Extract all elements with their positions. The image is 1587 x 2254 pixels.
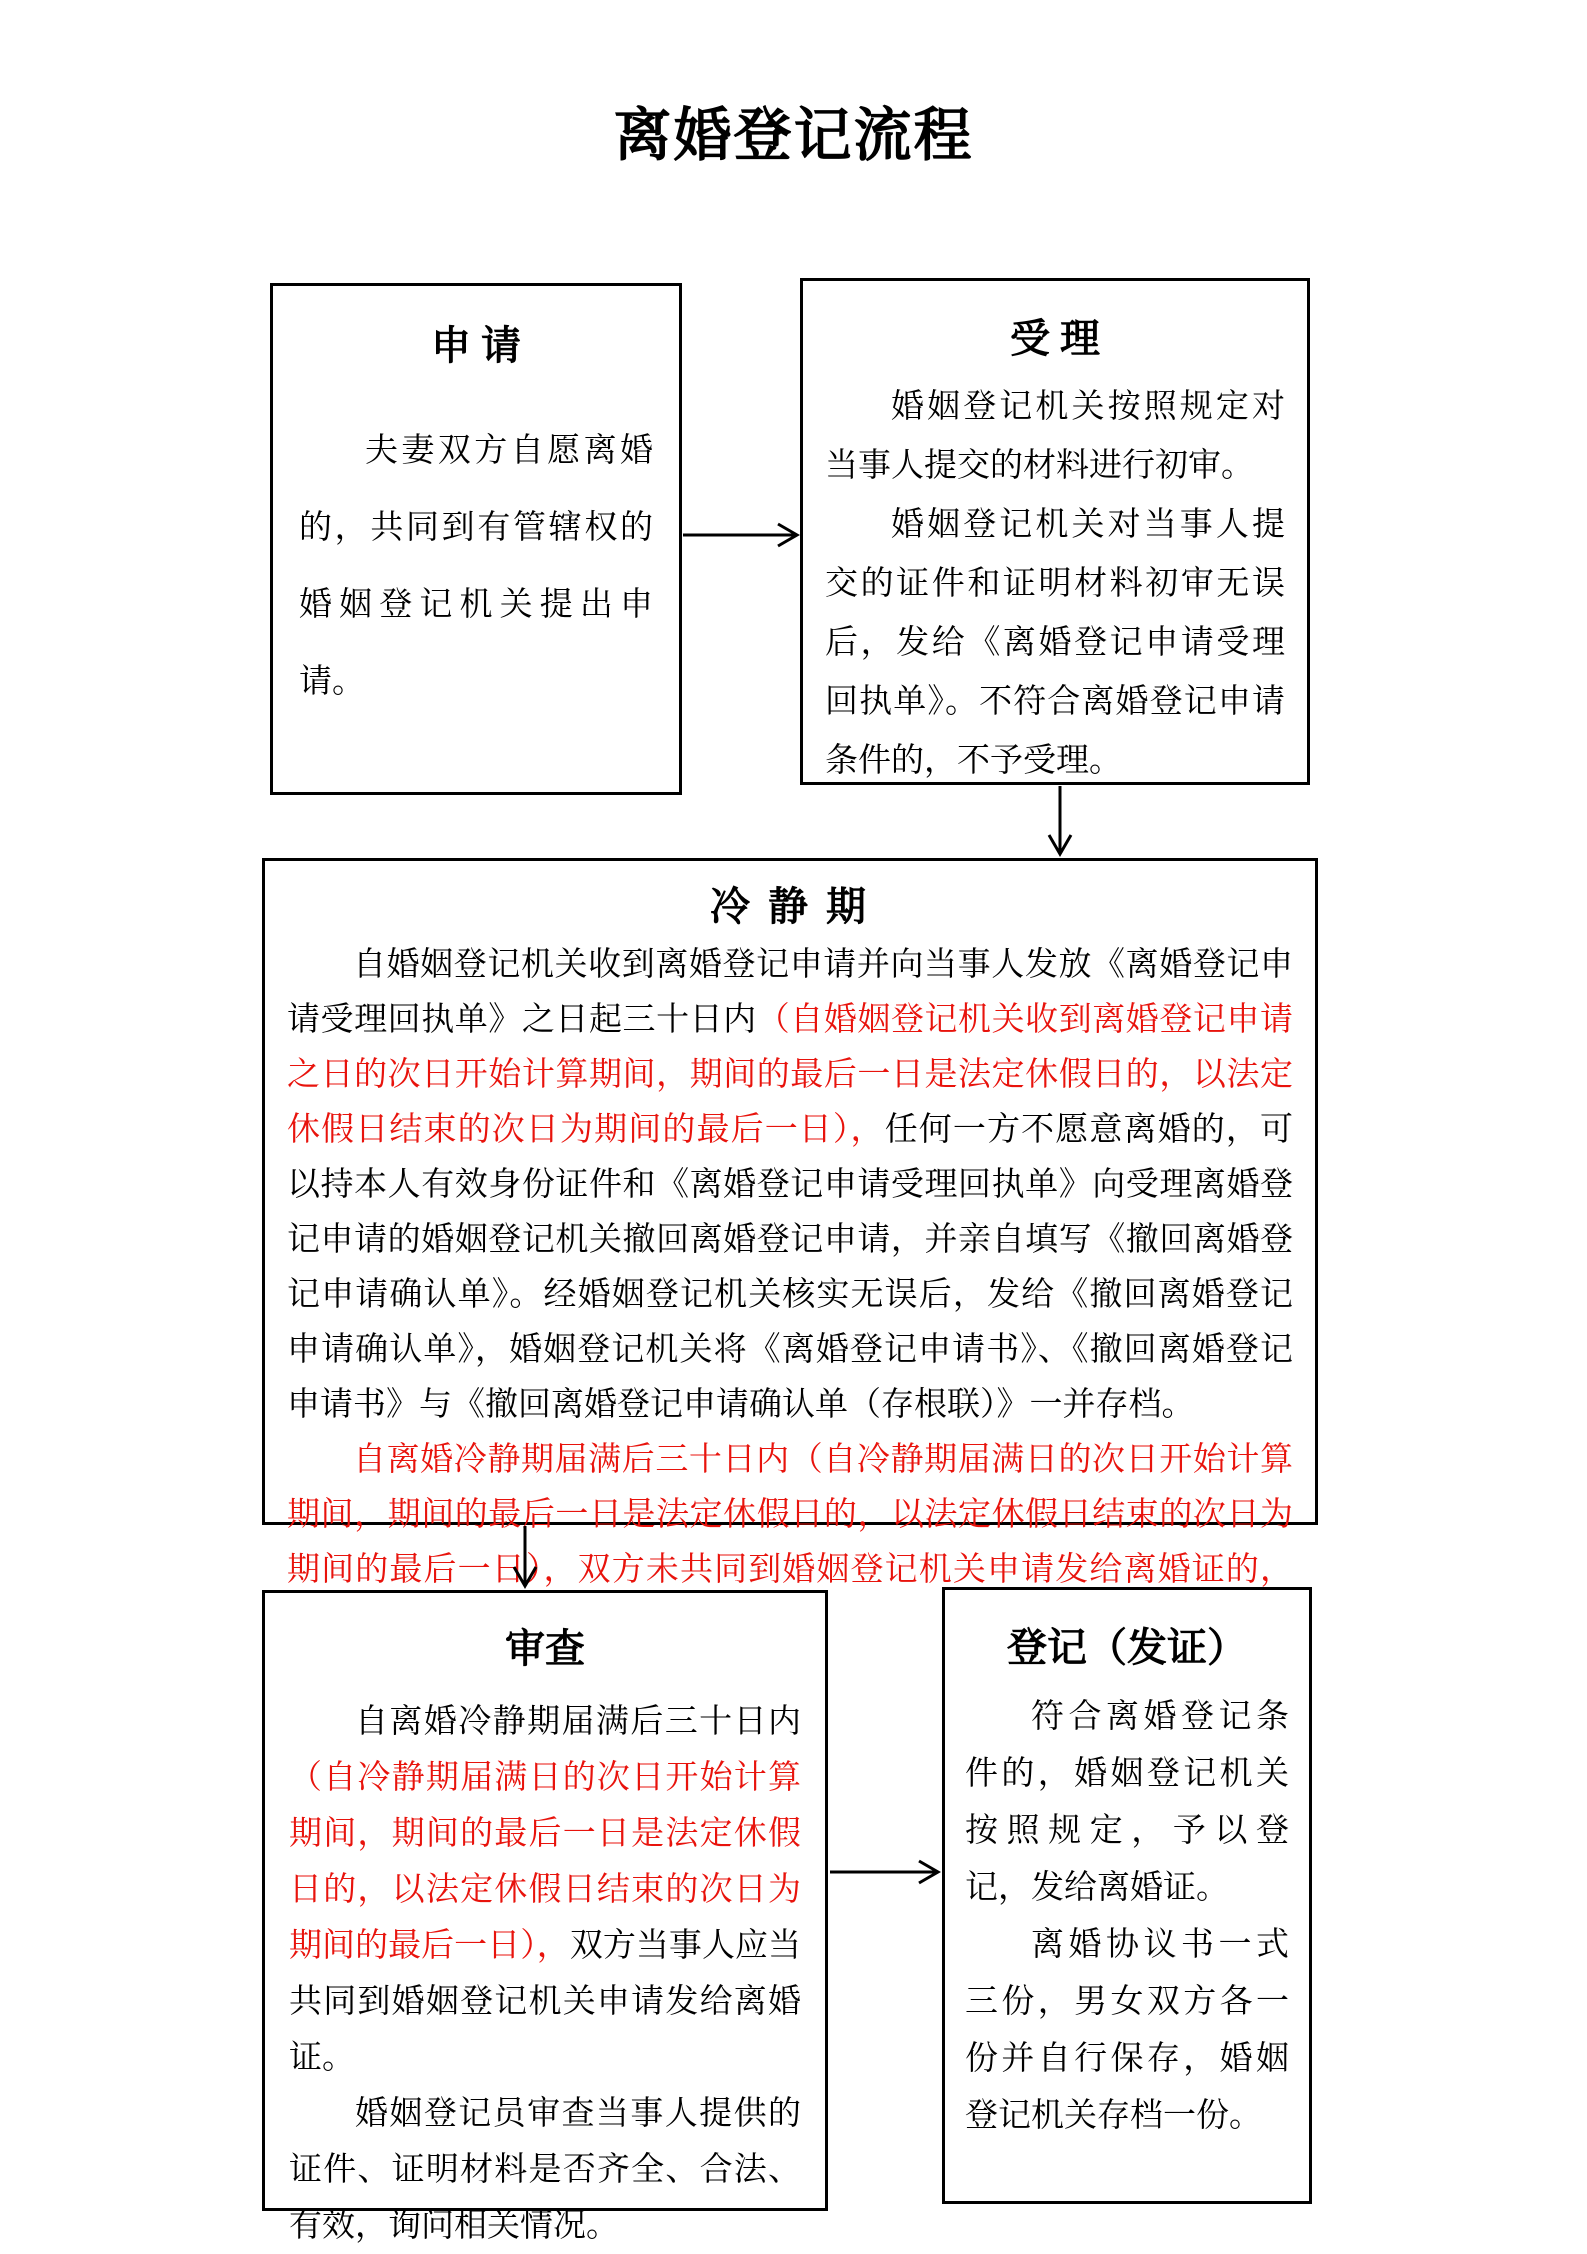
- flow-box-cooling-period-title: 冷 静 期: [265, 861, 1315, 932]
- text-segment: 符合离婚登记条件的，婚姻登记机关按照规定，予以登记，发给离婚证。: [965, 1699, 1289, 1906]
- flow-box-register-certificate-title: 登记（发证）: [945, 1590, 1309, 1673]
- paragraph: 婚姻登记机关按照规定对当事人提交的材料进行初审。: [825, 378, 1285, 496]
- text-segment: 自离婚冷静期届满后三十日内: [355, 1704, 801, 1740]
- text-segment: 任何一方不愿意离婚的，可以持本人有效身份证件和《离婚登记申请受理回执单》向受理离…: [287, 1112, 1293, 1423]
- paragraph: 符合离婚登记条件的，婚姻登记机关按照规定，予以登记，发给离婚证。: [965, 1689, 1289, 1917]
- arrow-right-apply-to-accept: [683, 520, 801, 550]
- paragraph: 夫妻双方自愿离婚的，共同到有管辖权的婚姻登记机关提出申请。: [299, 413, 653, 721]
- paragraph: 自婚姻登记机关收到离婚登记申请并向当事人发放《离婚登记申请受理回执单》之日起三十…: [287, 938, 1293, 1433]
- text-segment: 夫妻双方自愿离婚的，共同到有管辖权的婚姻登记机关提出申请。: [299, 433, 653, 700]
- flow-box-cooling-period-body: 自婚姻登记机关收到离婚登记申请并向当事人发放《离婚登记申请受理回执单》之日起三十…: [265, 932, 1315, 1653]
- text-segment: 婚姻登记机关按照规定对当事人提交的材料进行初审。: [825, 389, 1285, 484]
- paragraph: 婚姻登记员审查当事人提供的证件、证明材料是否齐全、合法、有效，询问相关情况。: [289, 2086, 801, 2254]
- arrow-down-accept-to-cooling: [1040, 786, 1080, 858]
- flow-box-review-body: 自离婚冷静期届满后三十日内（自冷静期届满日的次日开始计算期间，期间的最后一日是法…: [265, 1674, 825, 2254]
- flow-box-apply-body: 夫妻双方自愿离婚的，共同到有管辖权的婚姻登记机关提出申请。: [273, 371, 679, 721]
- text-segment: 离婚协议书一式三份，男女双方各一份并自行保存，婚姻登记机关存档一份。: [965, 1927, 1289, 2134]
- paragraph: 婚姻登记机关对当事人提交的证件和证明材料初审无误后，发给《离婚登记申请受理回执单…: [825, 496, 1285, 791]
- flow-box-apply-title: 申 请: [273, 286, 679, 371]
- flow-box-review-title: 审查: [265, 1593, 825, 1674]
- flow-box-register-certificate-body: 符合离婚登记条件的，婚姻登记机关按照规定，予以登记，发给离婚证。离婚协议书一式三…: [945, 1673, 1309, 2145]
- text-segment: 婚姻登记员审查当事人提供的证件、证明材料是否齐全、合法、有效，询问相关情况。: [289, 2096, 801, 2244]
- paragraph: 离婚协议书一式三份，男女双方各一份并自行保存，婚姻登记机关存档一份。: [965, 1917, 1289, 2145]
- flow-box-review: 审查 自离婚冷静期届满后三十日内（自冷静期届满日的次日开始计算期间，期间的最后一…: [262, 1590, 828, 2211]
- flow-box-apply: 申 请 夫妻双方自愿离婚的，共同到有管辖权的婚姻登记机关提出申请。: [270, 283, 682, 795]
- page-title: 离婚登记流程: [0, 88, 1587, 172]
- flowchart-page: { "page_title": "离婚登记流程", "colors": { "t…: [0, 0, 1587, 2245]
- flow-box-accept-body: 婚姻登记机关按照规定对当事人提交的材料进行初审。婚姻登记机关对当事人提交的证件和…: [803, 364, 1307, 791]
- arrow-right-review-to-register: [830, 1856, 942, 1888]
- flow-box-register-certificate: 登记（发证） 符合离婚登记条件的，婚姻登记机关按照规定，予以登记，发给离婚证。离…: [942, 1587, 1312, 2204]
- arrow-down-cooling-to-review: [505, 1526, 545, 1590]
- text-segment: 婚姻登记机关对当事人提交的证件和证明材料初审无误后，发给《离婚登记申请受理回执单…: [825, 507, 1285, 779]
- flow-box-accept: 受 理 婚姻登记机关按照规定对当事人提交的材料进行初审。婚姻登记机关对当事人提交…: [800, 278, 1310, 785]
- paragraph: 自离婚冷静期届满后三十日内（自冷静期届满日的次日开始计算期间，期间的最后一日是法…: [289, 1694, 801, 2086]
- flow-box-accept-title: 受 理: [803, 281, 1307, 364]
- flow-box-cooling-period: 冷 静 期 自婚姻登记机关收到离婚登记申请并向当事人发放《离婚登记申请受理回执单…: [262, 858, 1318, 1525]
